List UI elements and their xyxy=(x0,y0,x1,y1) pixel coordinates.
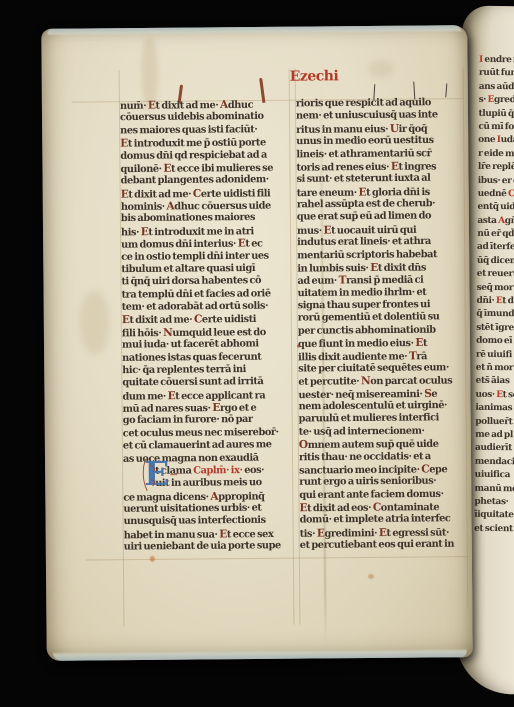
text-run: stēt īgre xyxy=(476,323,514,333)
text-run: toris ad renes eius· xyxy=(296,162,390,174)
text-line: phetas· xyxy=(474,496,514,510)
text-run: ets̄ āias xyxy=(476,376,510,386)
text-run: unusquisq̄ uas interfectionis xyxy=(124,515,266,527)
text-line: domū· et implete atria interfec xyxy=(300,513,476,527)
text-line: seq̄ mort xyxy=(477,281,514,295)
text-run: tem· et adorabāt ad ortū solis· xyxy=(122,300,268,312)
text-line: ans aūdi xyxy=(479,81,514,95)
text-run: ti q̄nq̄ uiri dorsa habentes cō xyxy=(121,275,261,287)
text-run: t ecce sex xyxy=(227,529,274,541)
text-run: ransi p̄ mediā ci xyxy=(346,275,423,287)
text-line: s· Egredi xyxy=(479,94,514,108)
text-run: ritus in manu eius· xyxy=(296,124,390,136)
text-run: domus dn̄i qd̄ respiciebat ad a xyxy=(120,149,267,161)
hairline-ascender xyxy=(445,83,447,97)
text-run: fili hōis· xyxy=(122,328,163,340)
text-run: t dixit ad eos· xyxy=(307,502,373,514)
text-run: t sc̄ xyxy=(503,390,514,400)
text-line: I endre m xyxy=(479,54,514,68)
text-line: et scient q̄ xyxy=(474,522,514,536)
text-run: E xyxy=(415,337,423,349)
text-run: manū me xyxy=(474,483,514,493)
text-run: ppropinq̄ xyxy=(218,491,264,503)
text-run: lineis· et athramentariū scr̄ xyxy=(296,148,431,160)
text-line: et n̄ mor xyxy=(476,362,514,376)
text-run: illis dixit audiente me· xyxy=(298,351,409,363)
text-run: que erat sup̄ eū ad limen do xyxy=(297,211,431,223)
text-run: ir q̄oq̄ xyxy=(399,123,428,134)
text-line: ets̄ āias xyxy=(476,375,514,389)
text-run: E xyxy=(120,138,128,150)
text-run: t ecce applicant ra xyxy=(175,390,265,402)
text-run: cōuersus uidebis abominatio xyxy=(120,111,264,123)
text-line: hominis· Adhuc cōuersus uide xyxy=(121,199,297,213)
text-run: polluer̄t xyxy=(475,416,512,426)
text-line: ibus· er q̄ xyxy=(478,174,514,188)
text-run: tlupiū q̄ xyxy=(478,108,514,118)
right-text-column: rioris que respicit ad aquilonem· et uni… xyxy=(296,97,476,553)
text-run: E xyxy=(379,527,387,539)
text-run: phetas· xyxy=(474,497,508,507)
text-run: uda xyxy=(501,135,514,145)
text-run: t ingres xyxy=(398,161,436,173)
text-run: q̄ īmund xyxy=(476,309,514,319)
text-line: mendaciū xyxy=(475,456,514,470)
text-run: nem adolescentulū et uirginē· xyxy=(299,400,448,413)
text-run: indutus erat lineis· et athra xyxy=(297,236,431,248)
text-run: on parcat oculus xyxy=(370,376,452,388)
text-line: tlupiū q̄ xyxy=(478,107,514,121)
text-run: habet in manu sua· xyxy=(124,529,220,541)
manuscript-page: Ezechi num̄· Et dixit ad me· Adhuccōuer… xyxy=(41,25,472,661)
text-run: ibus· er q̄ xyxy=(478,175,514,185)
text-line: audierīt xyxy=(475,442,514,456)
text-run: N xyxy=(361,375,370,387)
text-run: E xyxy=(148,99,156,111)
text-run: et percutite· xyxy=(298,376,361,388)
text-run: rahel assūpta est de cherub· xyxy=(297,198,435,210)
stain xyxy=(368,60,394,78)
text-run: qui erant ante faciem domus· xyxy=(299,488,443,500)
text-line: q̄ īmund xyxy=(476,308,514,322)
text-run: t dixit dn̄s xyxy=(378,262,426,274)
text-line: et percutiebant eos qui erant in xyxy=(300,538,476,552)
text-run: rē uiuifi xyxy=(476,349,512,359)
text-run: E xyxy=(121,188,129,200)
text-line: īiquitate xyxy=(474,509,514,523)
text-run: nes maiores quas isti faciūt· xyxy=(120,124,257,136)
text-run: rorū gementiū et dolentiū su xyxy=(298,312,440,324)
text-run: me ad pl xyxy=(475,430,513,440)
illuminated-initial: E xyxy=(144,457,180,493)
text-run: t dixit ad me· xyxy=(128,188,193,200)
text-line: uiri ueniebant de uia porte supe xyxy=(124,540,300,554)
text-run: sanctuario meo incipite· xyxy=(299,464,421,476)
text-run: C xyxy=(194,314,202,326)
text-run: T xyxy=(339,274,347,286)
text-run: s· xyxy=(479,95,488,105)
text-line: uednē Cō xyxy=(478,188,514,202)
text-run: tis· xyxy=(300,528,317,539)
text-run: uester· neq̄ misereamini· xyxy=(298,388,424,400)
text-run: nem· et uniuscuiusq̄ uas inte xyxy=(296,110,438,122)
text-line: cū mī fo xyxy=(478,121,514,135)
text-run: E xyxy=(323,224,331,236)
text-run: quilonē· xyxy=(120,163,163,175)
text-line: rē uiuifi xyxy=(476,348,514,362)
text-line: r eide ma xyxy=(478,148,514,162)
text-run: mus· xyxy=(297,225,323,236)
text-run: num̄· xyxy=(120,101,148,112)
text-run: E xyxy=(299,502,307,514)
text-run: O xyxy=(299,439,308,451)
text-run: um domus dn̄i interius· xyxy=(121,239,238,251)
text-run: tra templū dn̄i et facies ad oriē xyxy=(122,288,271,301)
text-run: ad īterfe xyxy=(477,242,514,252)
stain xyxy=(80,290,111,354)
text-run: E xyxy=(391,160,399,172)
text-run: t ec xyxy=(245,238,262,249)
rubric-text: Caplm̄· ix· xyxy=(193,465,244,477)
text-run: erte uidisti xyxy=(202,314,256,326)
text-run: si sunt· et steterunt iuxta al xyxy=(297,173,431,185)
text-run: E xyxy=(370,262,378,274)
text-run: E xyxy=(168,390,176,402)
text-run: t egressi sūt· xyxy=(386,527,449,539)
text-run: mnem autem sup̄ quē uide xyxy=(308,439,439,451)
text-run: rā xyxy=(416,351,427,362)
text-run: A xyxy=(210,490,218,502)
text-line: me ad pl xyxy=(475,429,514,443)
text-run: lr̄e replē xyxy=(478,162,514,172)
text-run: audierīt xyxy=(475,443,512,453)
text-run: E xyxy=(163,162,171,174)
text-run: domo eī xyxy=(476,336,512,346)
text-run: nū er̄ qd̄ xyxy=(477,229,514,239)
text-line: ūq̄ dicen xyxy=(477,255,514,269)
text-run: ūq̄ dicen xyxy=(477,256,514,266)
text-run: bis abominationes maiores xyxy=(121,212,255,224)
text-run: hominis· xyxy=(121,201,167,213)
text-run: et reuert xyxy=(477,269,514,279)
text-run: uiuifica xyxy=(475,470,510,480)
text-line: et percutite· Non parcat oculus xyxy=(298,374,474,388)
text-line: quilonē· Et ecce ibi mulieres se xyxy=(120,161,296,175)
text-run: t dixit ad me· xyxy=(129,315,194,327)
text-run: per cunctis abhominationib̄ xyxy=(298,324,436,336)
text-run: unus in medio eorū uestitus xyxy=(296,135,434,147)
penwork-filigree-icon xyxy=(140,455,184,499)
text-run: t xyxy=(423,338,427,349)
text-line: ianimas xyxy=(475,402,514,416)
text-line: manū me xyxy=(474,482,514,496)
text-run: cū mī fo xyxy=(478,122,514,132)
text-run: endre m xyxy=(483,55,514,65)
text-line: nū er̄ qd̄ xyxy=(477,228,514,242)
text-line: uiuifica xyxy=(475,469,514,483)
text-line: polluer̄t xyxy=(475,415,514,429)
adjacent-page-text-strip: I endre mruūt funans aūdis· Egreditlup… xyxy=(474,54,514,537)
text-run: dum me· xyxy=(122,391,167,403)
page-edge-highlight xyxy=(47,25,461,36)
running-title: Ezechi xyxy=(290,68,339,84)
text-run: et cū clamauerint ad aures me xyxy=(123,439,272,452)
text-run: nationes istas quas fecerunt xyxy=(122,351,261,363)
text-run: et n̄ mor xyxy=(476,363,513,373)
text-run: seq̄ mort xyxy=(477,282,514,292)
text-run: uitatem in medio ih̄rl̄m· et xyxy=(298,286,427,298)
text-run: ianimas xyxy=(475,403,512,413)
text-run: E xyxy=(122,314,130,326)
text-run: ans aūdi xyxy=(479,82,514,92)
photo-backdrop: I endre mruūt funans aūdis· Egreditlup… xyxy=(0,0,514,707)
text-run: rioris que respicit ad aquilo xyxy=(296,97,431,109)
page-edge-highlight xyxy=(53,648,467,661)
text-run: gredimini· xyxy=(324,528,379,540)
text-run: r eide ma xyxy=(478,149,514,159)
text-run: uednē xyxy=(478,189,508,199)
text-run: erte uidisti fili xyxy=(201,188,271,200)
text-line: entq̄ uidi xyxy=(477,201,514,215)
text-run: uerunt uisitationes urbis· et xyxy=(123,502,261,514)
text-run: C xyxy=(193,187,201,199)
text-run: mendaciū xyxy=(475,457,514,467)
text-run: t gloria dn̄i is xyxy=(366,186,430,198)
text-run: ce in ostio templi dn̄i inter ues xyxy=(121,250,269,263)
text-run: t uocauit uirū qui xyxy=(331,224,416,236)
text-run: in lumbis suis· xyxy=(297,263,370,275)
text-line: ruūt fun xyxy=(479,67,514,81)
text-run: tibulum et altare quasi uigī xyxy=(121,263,255,275)
text-run: mentariū scriptoris habebat xyxy=(297,248,437,260)
text-run: ritis thau· ne occidatis· et a xyxy=(299,450,431,462)
text-line: asta Agn̄ xyxy=(477,215,514,229)
text-run: mū ad nares suas· xyxy=(123,403,213,415)
text-run: paruulū et mulieres interfici xyxy=(299,413,439,425)
text-run: ontaminate xyxy=(381,502,439,514)
text-run: site per ciuitatē sequētes eum· xyxy=(298,362,449,375)
text-run: asta xyxy=(477,216,498,226)
text-run: domū· et implete atria interfec xyxy=(300,513,451,526)
stain xyxy=(368,574,374,579)
text-run: rgo et e xyxy=(220,403,256,415)
text-run: gredi xyxy=(494,95,514,105)
text-run: īiquitate xyxy=(474,510,513,520)
text-run: go faciam in furore· nō par xyxy=(123,414,253,426)
text-run: S xyxy=(424,387,431,399)
text-run: dhuc xyxy=(228,100,253,111)
text-run: debant plangentes adonidem· xyxy=(121,174,269,187)
text-run: et percutiebant eos qui erant in xyxy=(300,539,454,552)
text-run: epe xyxy=(429,464,447,475)
text-run: t introduxit me in atri xyxy=(148,226,253,238)
ruling-line xyxy=(86,556,468,560)
text-line: lr̄e replē xyxy=(478,161,514,175)
text-run: e xyxy=(431,388,437,399)
text-run: t di xyxy=(502,296,514,306)
text-run: runt ergo a uiris senioribus· xyxy=(299,476,436,488)
text-run: dhuc cōuersus uide xyxy=(174,200,271,212)
text-run: hic· q̄a replentes terrā ini xyxy=(122,364,246,376)
text-line: dn̄i· Et di xyxy=(476,295,514,309)
text-run: ad eum· xyxy=(297,276,338,288)
text-run: signa thau super frontes ui xyxy=(298,299,430,311)
text-run: entq̄ uidi xyxy=(477,202,514,212)
text-line: cet oculus meus nec miserebor̄· xyxy=(123,426,299,440)
text-run: mui iuda· ut facerēt abhomi xyxy=(122,338,259,350)
text-line: one Iuda xyxy=(478,134,514,148)
text-run: t dixit ad me· xyxy=(155,100,220,112)
text-run: eos· xyxy=(244,465,264,476)
text-line: et reuert xyxy=(477,268,514,282)
text-line: stēt īgre xyxy=(476,322,514,336)
text-run: t ecce ibi mulieres se xyxy=(171,163,273,175)
text-line: uos· Et sc̄ xyxy=(475,389,514,403)
text-run: et scient q̄ xyxy=(474,523,514,533)
text-run: ruūt fun xyxy=(479,68,514,78)
text-run: cet oculus meus nec miserebor̄· xyxy=(123,427,279,440)
text-run: uiri ueniebant de uia porte supe xyxy=(124,540,281,553)
text-line: ad īterfe xyxy=(477,241,514,255)
text-run: tare eneum· xyxy=(297,187,359,199)
text-run: A xyxy=(220,99,228,111)
text-run: E xyxy=(317,527,325,539)
text-line: domo eī xyxy=(476,335,514,349)
text-run: gn̄ xyxy=(505,216,514,226)
text-run: umquid leue est do xyxy=(172,327,266,339)
text-run: one xyxy=(478,135,497,145)
text-run: his· xyxy=(121,227,141,238)
text-run: que fiunt in medio eius· xyxy=(298,338,415,350)
rubric-text: C xyxy=(508,189,514,199)
text-run: t introduxit me p̄ ostiū porte xyxy=(128,137,266,149)
text-run: quitate cōuersi sunt ad irritā xyxy=(122,376,263,388)
text-run: U xyxy=(390,123,399,135)
text-run: te· usq̄ ad internecionem· xyxy=(299,425,425,437)
text-run: dn̄i· xyxy=(476,296,495,306)
text-run: uos· xyxy=(475,390,496,400)
